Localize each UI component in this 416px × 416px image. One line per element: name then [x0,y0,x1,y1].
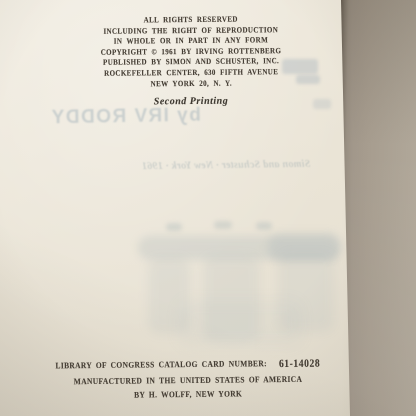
printer-line: BY H. WOLFF, NEW YORK [47,386,329,403]
copyright-notice-block: ALL RIGHTS RESERVED INCLUDING THE RIGHT … [50,14,332,91]
manufactured-line: MANUFACTURED IN THE UNITED STATES OF AME… [47,371,329,388]
copyright-line: NEW YORK 20, N. Y. [50,77,332,90]
printing-notice: Second Printing [31,95,351,109]
showthrough-illustration-blob [256,222,272,230]
lc-card-number-label: LIBRARY OF CONGRESS CATALOG CARD NUMBER: [55,358,267,370]
showthrough-imprint-text: Simon and Schuster · New York · 1961 [128,159,324,173]
book-page-photo: by IRV RODDY Simon and Schuster · New Yo… [0,0,416,416]
showthrough-illustration-blob [214,221,232,229]
showthrough-byline-text: by IRV RODDY [48,105,203,130]
colophon-block: LIBRARY OF CONGRESS CATALOG CARD NUMBER:… [47,356,329,403]
lc-card-number-value: 61-14028 [279,358,320,370]
showthrough-illustration-blob [178,300,302,346]
showthrough-illustration-blob [166,223,182,231]
